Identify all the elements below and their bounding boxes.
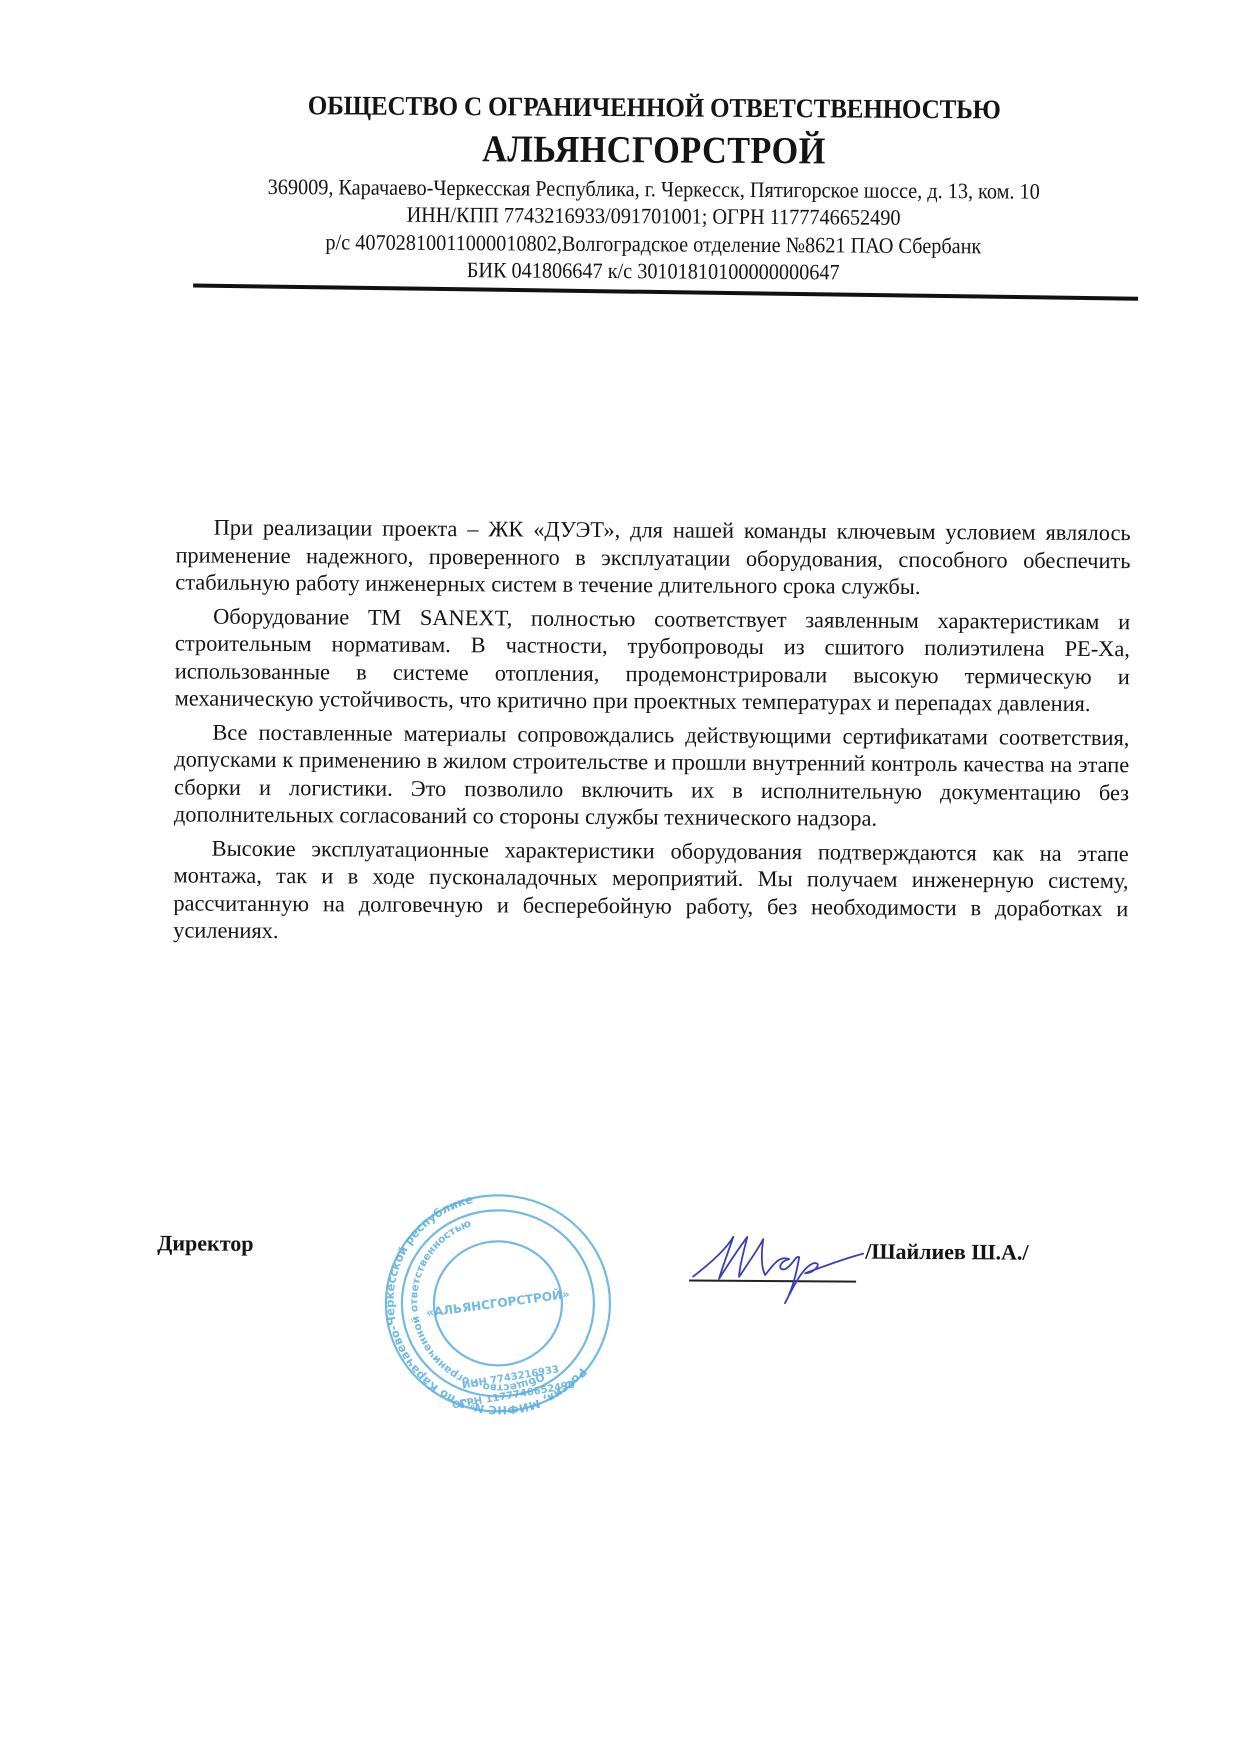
org-name-heading: АЛЬЯНСГОРСТРОЙ	[231, 126, 1077, 175]
signatory-name: /Шайлиев Ш.А./	[865, 1239, 1028, 1266]
letter-page: ОБЩЕСТВО С ОГРАНИЧЕННОЙ ОТВЕТСТВЕННОСТЬЮ…	[0, 0, 1240, 1755]
signature-block: Директор /Шайлиев Ш.А./	[157, 1230, 1117, 1276]
org-bank-codes: БИК 041806647 к/с 30101810100000000647	[221, 256, 1086, 287]
org-address: 369009, Карачаево-Черкесская Республика,…	[221, 174, 1086, 205]
org-bank-account: р/с 40702810011000010802,Волгоградское о…	[221, 229, 1086, 260]
body-paragraph: Все поставленные материалы сопровождалис…	[174, 718, 1130, 834]
body-paragraph: Оборудование ТМ SANEXT, полностью соотве…	[175, 602, 1131, 718]
body-paragraph: Высокие эксплуатационные характеристики …	[173, 834, 1129, 950]
signatory-position: Директор	[157, 1230, 253, 1257]
body-paragraph: При реализации проекта – ЖК «ДУЭТ», для …	[175, 513, 1130, 601]
org-type-heading: ОБЩЕСТВО С ОГРАНИЧЕННОЙ ОТВЕТСТВЕННОСТЬЮ	[217, 90, 1091, 126]
letter-body: При реализации проекта – ЖК «ДУЭТ», для …	[173, 513, 1131, 949]
org-tax-ids: ИНН/КПП 7743216933/091701001; ОГРН 11777…	[221, 201, 1086, 232]
svg-text:«АЛЬЯНСГОРСТРОЙ»: «АЛЬЯНСГОРСТРОЙ»	[425, 1286, 570, 1320]
handwritten-signature-icon	[681, 1219, 872, 1320]
company-stamp-icon: Россия, МИФНС № 3 по Карачаево-Черкесско…	[372, 1185, 623, 1422]
